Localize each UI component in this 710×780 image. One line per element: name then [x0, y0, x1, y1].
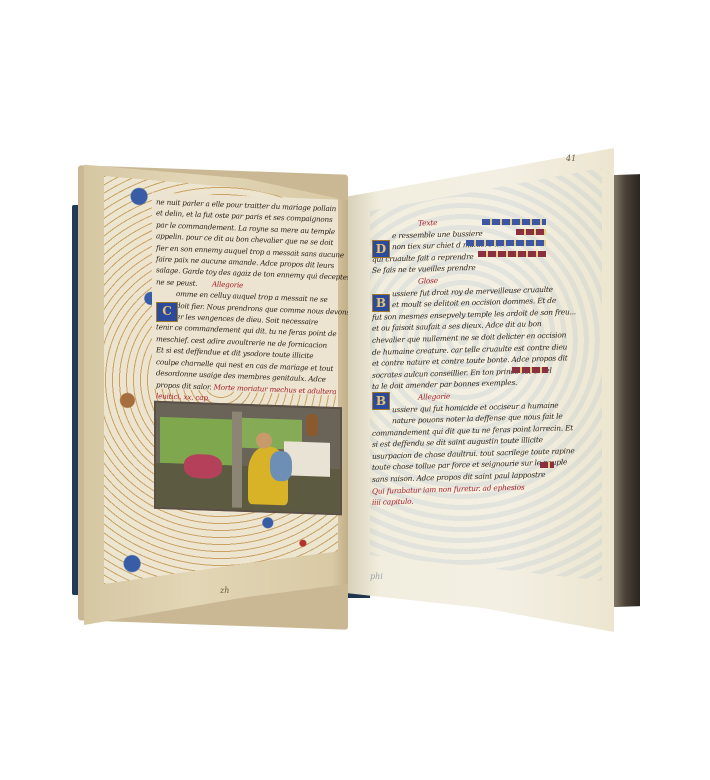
rubric-allegorie: Allegorie [212, 279, 243, 289]
miniature-figure-head [256, 432, 272, 449]
miniature-painting [154, 401, 342, 516]
line-filler-red [540, 462, 554, 468]
text-line: propos dit salor. [156, 380, 211, 391]
manuscript-photo: ne nuit parler a elle pour traitter du m… [0, 0, 710, 780]
text-line: ne se peust. [156, 277, 197, 288]
miniature-pillar [232, 411, 242, 507]
line-filler-red [516, 229, 546, 235]
miniature-fallen-figure [184, 454, 222, 479]
illuminated-initial: D [372, 240, 390, 258]
miniature-figure-blue [270, 451, 292, 482]
line-filler-red [478, 251, 546, 257]
folio-number: 41 [566, 154, 576, 163]
line-filler-blue [466, 240, 546, 246]
folio-mark: zh [220, 586, 229, 595]
illuminated-initial: B [372, 392, 390, 410]
miniature-object [306, 414, 318, 436]
illuminated-initial: B [372, 294, 390, 312]
bottom-mark: phi [370, 572, 383, 581]
left-text-block: ne nuit parler a elle pour traitter du m… [156, 196, 350, 409]
line-filler-blue [482, 219, 546, 225]
line-filler-red [512, 367, 548, 373]
illuminated-initial: C [156, 302, 178, 322]
